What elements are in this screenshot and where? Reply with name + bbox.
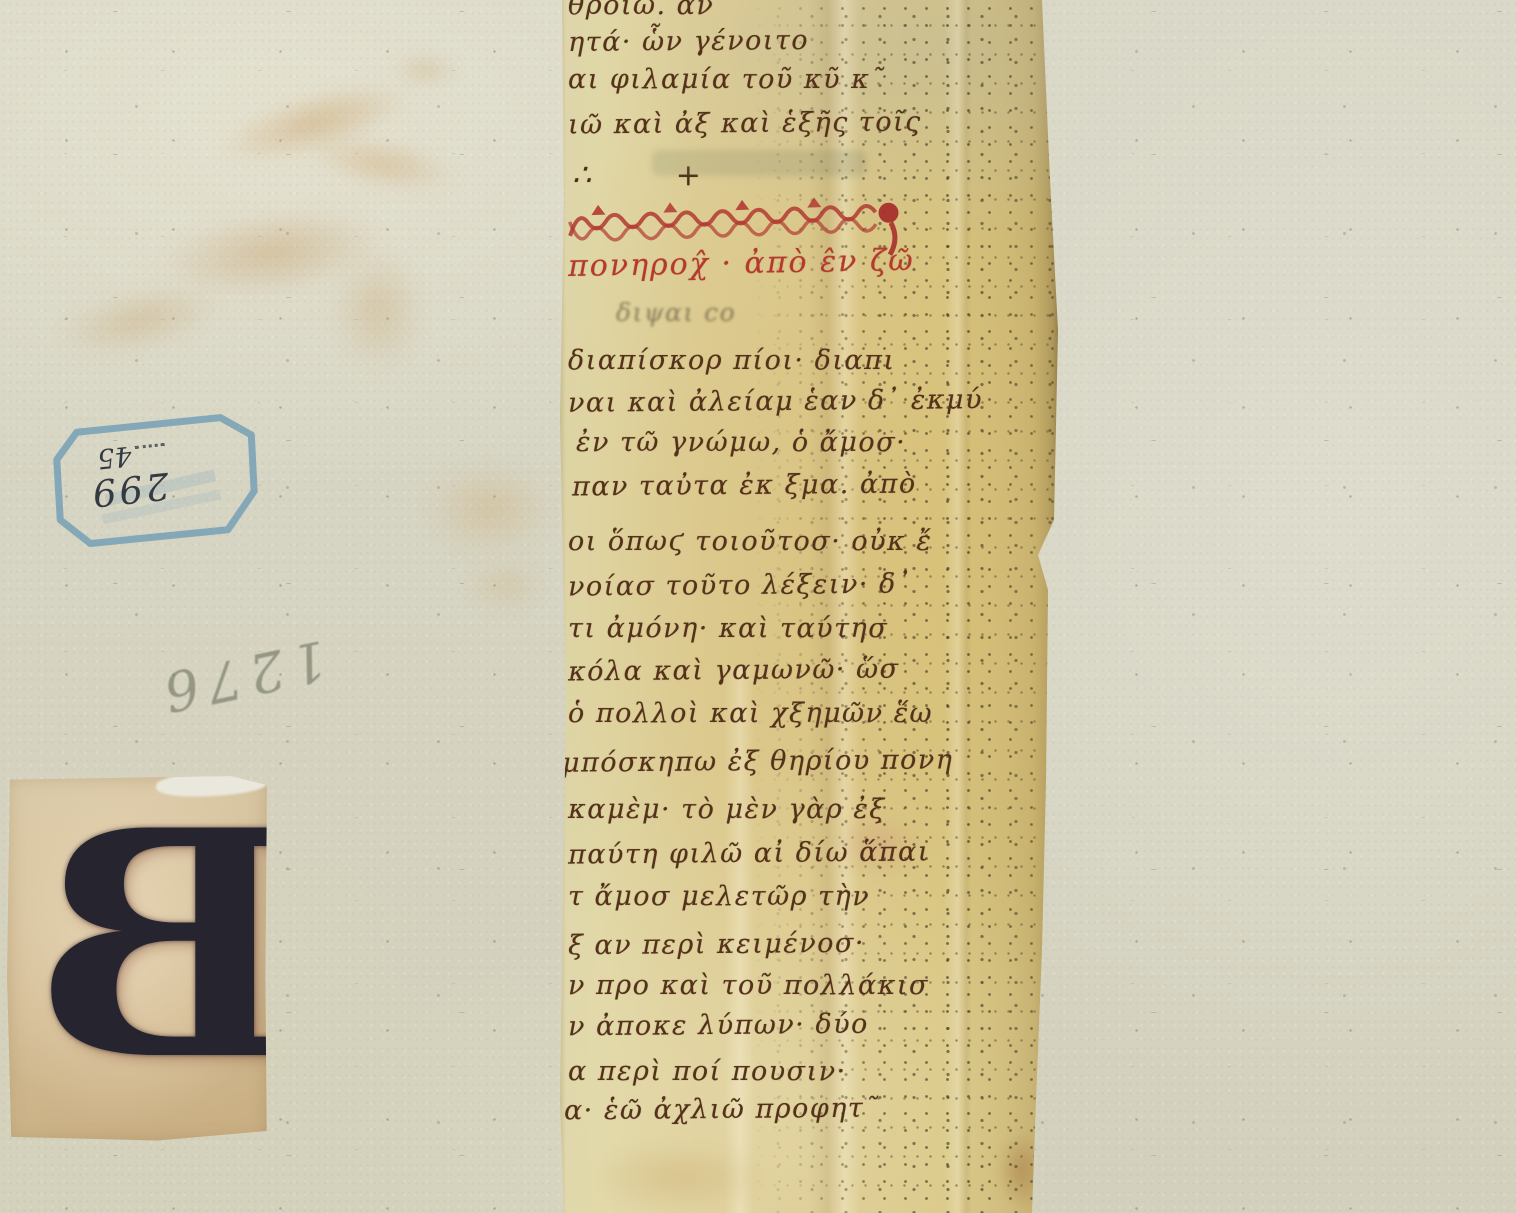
manuscript-line: οι ὅπωϛ τοιοῦτοσ· οὐκ ἔ — [568, 526, 932, 557]
stain — [465, 558, 545, 613]
manuscript-line: τ ἄμοσ μελετῶρ τὴν — [568, 881, 870, 912]
manuscript-photograph: 299 45 1276 B θροιω. ἀν ητά· ὧν γένοιτο … — [0, 0, 1516, 1213]
stain — [330, 250, 425, 370]
manuscript-line: α περὶ ποί πουσιν· — [568, 1056, 847, 1087]
manuscript-line: α· ἑῶ ἀχλιῶ προφητ῀ — [564, 1093, 880, 1127]
manuscript-line: τι ἀμόνη· καὶ ταύτησ — [568, 613, 888, 644]
stain — [425, 462, 555, 557]
manuscript-line: ν προ καὶ τοῦ πολλάκισ — [568, 970, 929, 1001]
manuscript-line: ιῶ καὶ ἀξ καὶ ἑξῆς τοῖς — [568, 106, 922, 140]
manuscript-line: ὁ πολλοὶ καὶ χξημῶν ἕω — [568, 698, 933, 729]
show-through-text — [652, 150, 867, 176]
manuscript-line: ξ αν περὶ κειμένοσ· — [568, 928, 865, 962]
manuscript-line: θροιω. ἀν — [568, 0, 714, 21]
stamp-number-45: 45 — [85, 440, 133, 473]
show-through-line: διψαι ϲο — [616, 298, 736, 327]
parchment-strip: θροιω. ἀν ητά· ὧν γένοιτο αι φιλαμία τοῦ… — [556, 0, 1062, 1213]
manuscript-line: κόλα καὶ γαμωνῶ· ὥσ — [568, 654, 900, 688]
manuscript-line: παύτη φιλῶ αἰ δίω ἅπαι — [568, 836, 930, 870]
manuscript-line: μπόσκηπω ἐξ θηρίου πονη — [562, 744, 954, 778]
rubric-title-line: πονηροχ̂ · ἀπὸ ε̂ν ζῶ — [568, 243, 915, 284]
manuscript-line: ν ἀποκε λύπων· δύο — [568, 1009, 869, 1043]
stain — [395, 55, 455, 85]
manuscript-line: ναι καὶ ἀλείαμ ἑαν δ᾽ ἐκμύ — [568, 384, 983, 419]
manuscript-line: αι φιλαμία τοῦ κῦ κ῀ — [568, 64, 885, 95]
manuscript-line: καμὲμ· τὸ μὲν γὰρ ἐξ — [568, 794, 886, 825]
stamp-handwritten-numbers: 299 45 — [85, 437, 171, 512]
manuscript-line: διαπίσκορ πίοι· διαπι — [568, 345, 896, 376]
letter-label-patch: B — [6, 776, 268, 1142]
manuscript-line: ητά· ὧν γένοιτο — [568, 25, 809, 58]
pencil-shelfmark: 1276 — [128, 648, 328, 788]
manuscript-line: ἐν τῶ γνώμω, ὁ ἄμοσ· — [576, 427, 906, 458]
manuscript-line: παν ταὐτα ἐκ ξμα. ἀπὸ — [572, 468, 917, 502]
manuscript-line: νοίασ τοῦτο λέξειν· δ᾽ — [568, 569, 912, 603]
letter-b-mirrored: B — [34, 790, 298, 1102]
